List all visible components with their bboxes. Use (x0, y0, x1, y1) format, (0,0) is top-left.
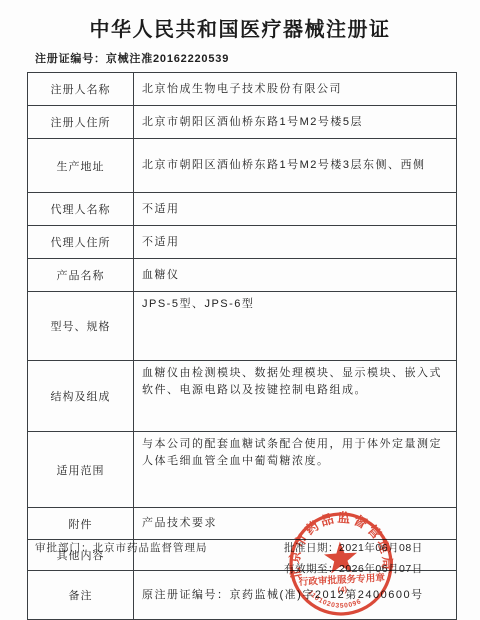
valid-until-label: 有效期至： (284, 563, 339, 575)
product-name-label: 产品名称 (28, 259, 134, 292)
attachment-label: 附件 (28, 508, 134, 540)
certificate-page: 中华人民共和国医疗器械注册证 注册证编号：京械注准20162220539 注册人… (0, 0, 480, 620)
row-production-address: 生产地址 北京市朝阳区酒仙桥东路1号M2号楼3层东侧、西侧 (28, 139, 457, 193)
registrant-name-label: 注册人名称 (28, 73, 134, 106)
agent-address-value: 不适用 (134, 226, 457, 259)
valid-until-date: 有效期至：2026年06月07日 (284, 561, 423, 576)
row-remarks: 备注 原注册证编号：京药监械(准)字2012第2400600号 (28, 571, 457, 620)
valid-until-value: 2026年06月07日 (339, 563, 423, 575)
row-agent-name: 代理人名称 不适用 (28, 193, 457, 226)
attachment-value: 产品技术要求 (134, 508, 457, 540)
row-scope-of-application: 适用范围 与本公司的配套血糖试条配合使用，用于体外定量测定人体毛细血管全血中葡萄… (28, 432, 457, 508)
structure-composition-label: 结构及组成 (28, 361, 134, 432)
production-address-label: 生产地址 (28, 139, 134, 193)
model-spec-value: JPS-5型、JPS-6型 (134, 292, 457, 361)
row-registrant-address: 注册人住所 北京市朝阳区酒仙桥东路1号M2号楼5层 (28, 106, 457, 139)
row-product-name: 产品名称 血糖仪 (28, 259, 457, 292)
cert-number-line: 注册证编号：京械注准20162220539 (35, 50, 229, 66)
registrant-name-value: 北京怡成生物电子技术股份有限公司 (134, 73, 457, 106)
approval-department: 审批部门：北京市药品监督管理局 (35, 540, 208, 555)
cert-number-label: 注册证编号： (35, 53, 106, 65)
row-agent-address: 代理人住所 不适用 (28, 226, 457, 259)
approval-date-value: 2021年06月08日 (339, 542, 423, 554)
row-structure-composition: 结构及组成 血糖仪由检测模块、数据处理模块、显示模块、嵌入式软件、电源电路以及按… (28, 361, 457, 432)
scope-of-application-label: 适用范围 (28, 432, 134, 508)
approval-date: 批准日期：2021年06月08日 (284, 540, 423, 555)
product-name-value: 血糖仪 (134, 259, 457, 292)
agent-name-label: 代理人名称 (28, 193, 134, 226)
remarks-value: 原注册证编号：京药监械(准)字2012第2400600号 (134, 571, 457, 620)
cert-number-value: 京械注准20162220539 (106, 53, 229, 65)
approval-department-value: 北京市药品监督管理局 (93, 542, 208, 554)
approval-department-label: 审批部门： (35, 542, 93, 554)
agent-name-value: 不适用 (134, 193, 457, 226)
scope-of-application-value: 与本公司的配套血糖试条配合使用，用于体外定量测定人体毛细血管全血中葡萄糖浓度。 (134, 432, 457, 508)
model-spec-label: 型号、规格 (28, 292, 134, 361)
row-model-spec: 型号、规格 JPS-5型、JPS-6型 (28, 292, 457, 361)
certificate-table: 注册人名称 北京怡成生物电子技术股份有限公司 注册人住所 北京市朝阳区酒仙桥东路… (27, 72, 457, 620)
registrant-address-value: 北京市朝阳区酒仙桥东路1号M2号楼5层 (134, 106, 457, 139)
remarks-label: 备注 (28, 571, 134, 620)
row-registrant-name: 注册人名称 北京怡成生物电子技术股份有限公司 (28, 73, 457, 106)
agent-address-label: 代理人住所 (28, 226, 134, 259)
row-attachment: 附件 产品技术要求 (28, 508, 457, 540)
page-title: 中华人民共和国医疗器械注册证 (0, 13, 480, 42)
production-address-value: 北京市朝阳区酒仙桥东路1号M2号楼3层东侧、西侧 (134, 139, 457, 193)
structure-composition-value: 血糖仪由检测模块、数据处理模块、显示模块、嵌入式软件、电源电路以及按键控制电路组… (134, 361, 457, 432)
approval-date-label: 批准日期： (284, 542, 339, 554)
registrant-address-label: 注册人住所 (28, 106, 134, 139)
